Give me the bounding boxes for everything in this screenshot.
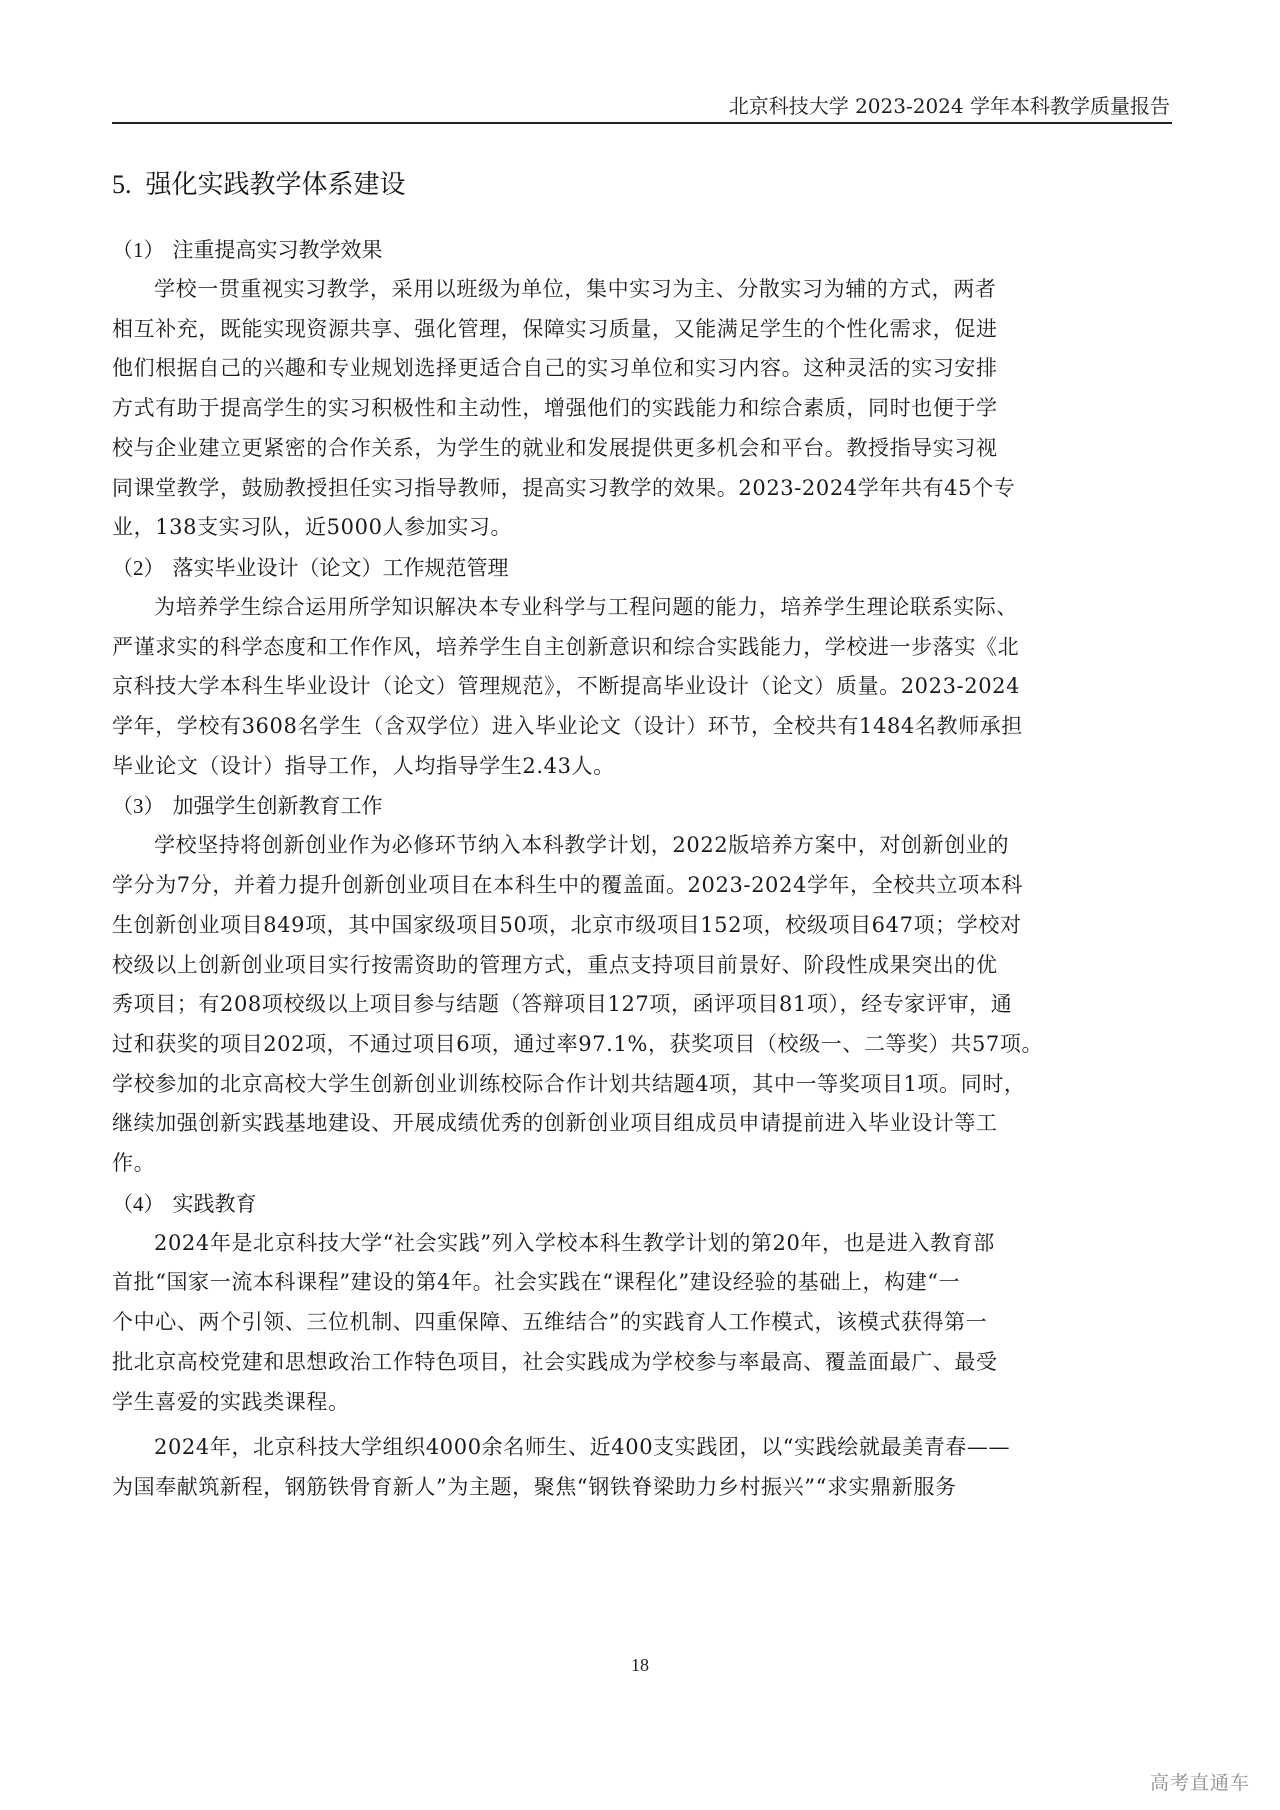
page-number: 18	[0, 1655, 1280, 1676]
paragraph: 学校一贯重视实习教学，采用以班级为单位，集中实习为主、分散实习为辅的方式，两者 …	[112, 270, 1172, 548]
text-line: 校级以上创新创业项目实行按需资助的管理方式，重点支持项目前景好、阶段性成果突出的…	[112, 946, 1172, 986]
subsection-heading: （4）实践教育	[112, 1184, 1172, 1224]
text-line: 为培养学生综合运用所学知识解决本专业科学与工程问题的能力，培养学生理论联系实际、	[112, 588, 1172, 628]
report-title: 北京科技大学 2023-2024 学年本科教学质量报告	[729, 90, 1170, 119]
subsection-graduation-design: （2）落实毕业设计（论文）工作规范管理 为培养学生综合运用所学知识解决本专业科学…	[112, 548, 1172, 787]
subsection-title: 注重提高实习教学效果	[173, 238, 383, 262]
text-line: 2024年是北京科技大学“社会实践”列入学校本科生教学计划的第20年，也是进入教…	[112, 1224, 1172, 1264]
text-line: 学校坚持将创新创业作为必修环节纳入本科教学计划，2022版培养方案中，对创新创业…	[112, 826, 1172, 866]
text-line: 业，138支实习队，近5000人参加实习。	[112, 508, 1172, 548]
subsection-practice-education: （4）实践教育 2024年是北京科技大学“社会实践”列入学校本科生教学计划的第2…	[112, 1184, 1172, 1508]
subsection-title: 实践教育	[173, 1192, 257, 1216]
subsection-heading: （3）加强学生创新教育工作	[112, 786, 1172, 826]
paragraph: 为培养学生综合运用所学知识解决本专业科学与工程问题的能力，培养学生理论联系实际、…	[112, 588, 1172, 787]
subsection-title: 落实毕业设计（论文）工作规范管理	[173, 556, 509, 580]
paragraph: 2024年，北京科技大学组织4000余名师生、近400支实践团，以“实践绘就最美…	[112, 1428, 1172, 1507]
paragraph: 2024年是北京科技大学“社会实践”列入学校本科生教学计划的第20年，也是进入教…	[112, 1224, 1172, 1423]
section-title: 强化实践教学体系建设	[146, 170, 406, 200]
text-line: 学年，学校有3608名学生（含双学位）进入毕业论文（设计）环节，全校共有1484…	[112, 707, 1172, 747]
text-line: 首批“国家一流本科课程”建设的第4年。社会实践在“课程化”建设经验的基础上，构建…	[112, 1263, 1172, 1303]
text-line: 继续加强创新实践基地建设、开展成绩优秀的创新创业项目组成员申请提前进入毕业设计等…	[112, 1104, 1172, 1144]
text-line: 个中心、两个引领、三位机制、四重保障、五维结合”的实践育人工作模式，该模式获得第…	[112, 1303, 1172, 1343]
text-line: 京科技大学本科生毕业设计（论文）管理规范》，不断提高毕业设计（论文）质量。202…	[112, 667, 1172, 707]
subsection-number: （4）	[112, 1192, 165, 1216]
text-line: 方式有助于提高学生的实习积极性和主动性，增强他们的实践能力和综合素质，同时也便于…	[112, 389, 1172, 429]
text-line: 作。	[112, 1144, 1172, 1184]
text-line: 他们根据自己的兴趣和专业规划选择更适合自己的实习单位和实习内容。这种灵活的实习安…	[112, 349, 1172, 389]
subsection-number: （3）	[112, 794, 165, 818]
text-line: 秀项目；有208项校级以上项目参与结题（答辩项目127项，函评项目81项），经专…	[112, 985, 1172, 1025]
page-content: 5.强化实践教学体系建设 （1）注重提高实习教学效果 学校一贯重视实习教学，采用…	[112, 168, 1172, 1508]
text-line: 学分为7分，并着力提升创新创业项目在本科生中的覆盖面。2023-2024学年，全…	[112, 866, 1172, 906]
text-line: 严谨求实的科学态度和工作作风，培养学生自主创新意识和综合实践能力，学校进一步落实…	[112, 628, 1172, 668]
section-number: 5.	[112, 170, 132, 199]
text-line: 学校参加的北京高校大学生创新创业训练校际合作计划共结题4项，其中一等奖项目1项。…	[112, 1065, 1172, 1105]
watermark: 高考直通车	[1150, 1768, 1250, 1795]
subsection-internship: （1）注重提高实习教学效果 学校一贯重视实习教学，采用以班级为单位，集中实习为主…	[112, 230, 1172, 548]
subsection-number: （2）	[112, 556, 165, 580]
subsection-heading: （1）注重提高实习教学效果	[112, 230, 1172, 270]
text-line: 过和获奖的项目202项，不通过项目6项，通过率97.1%，获奖项目（校级一、二等…	[112, 1025, 1172, 1065]
text-line: 批北京高校党建和思想政治工作特色项目，社会实践成为学校参与率最高、覆盖面最广、最…	[112, 1343, 1172, 1383]
page-header: 北京科技大学 2023-2024 学年本科教学质量报告	[112, 84, 1172, 124]
text-line: 同课堂教学，鼓励教授担任实习指导教师，提高实习教学的效果。2023-2024学年…	[112, 469, 1172, 509]
subsection-innovation-education: （3）加强学生创新教育工作 学校坚持将创新创业作为必修环节纳入本科教学计划，20…	[112, 786, 1172, 1183]
text-line: 为国奉献筑新程，钢筋铁骨育新人”为主题，聚焦“钢铁脊梁助力乡村振兴”“求实鼎新服…	[112, 1468, 1172, 1508]
text-line: 毕业论文（设计）指导工作，人均指导学生2.43人。	[112, 747, 1172, 787]
text-line: 校与企业建立更紧密的合作关系，为学生的就业和发展提供更多机会和平台。教授指导实习…	[112, 429, 1172, 469]
paragraph: 学校坚持将创新创业作为必修环节纳入本科教学计划，2022版培养方案中，对创新创业…	[112, 826, 1172, 1183]
text-line: 学生喜爱的实践类课程。	[112, 1383, 1172, 1423]
text-line: 学校一贯重视实习教学，采用以班级为单位，集中实习为主、分散实习为辅的方式，两者	[112, 270, 1172, 310]
text-line: 相互补充，既能实现资源共享、强化管理，保障实习质量，又能满足学生的个性化需求，促…	[112, 310, 1172, 350]
text-line: 2024年，北京科技大学组织4000余名师生、近400支实践团，以“实践绘就最美…	[112, 1428, 1172, 1468]
section-heading: 5.强化实践教学体系建设	[112, 168, 1172, 202]
subsection-heading: （2）落实毕业设计（论文）工作规范管理	[112, 548, 1172, 588]
subsection-number: （1）	[112, 238, 165, 262]
subsection-title: 加强学生创新教育工作	[173, 794, 383, 818]
text-line: 生创新创业项目849项，其中国家级项目50项，北京市级项目152项，校级项目64…	[112, 906, 1172, 946]
